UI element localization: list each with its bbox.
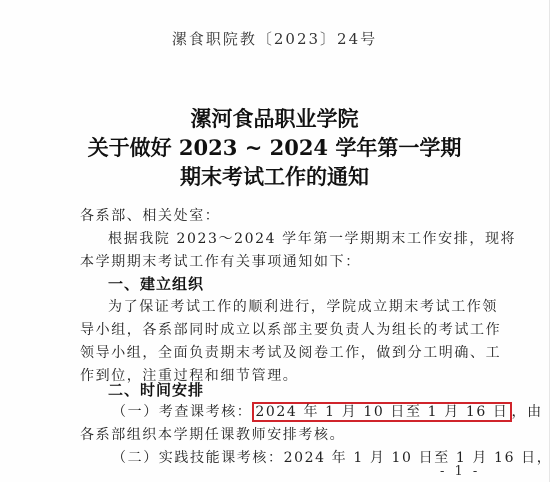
section-1-line-2: 导小组，各系部同时成立以系部主要负责人为组长的考试工作 — [80, 319, 501, 339]
document-title: 漯河食品职业学院 关于做好 2023 ~ 2024 学年第一学期 期末考试工作的… — [0, 104, 549, 191]
salutation: 各系部、相关处室： — [80, 205, 220, 225]
page-number: - 1 - — [440, 464, 480, 479]
intro-line-1: 根据我院 2023～2024 学年第一学期期末工作安排，现将 — [108, 228, 516, 248]
section-2-heading: 二、时间安排 — [108, 379, 204, 400]
item-1-suffix: ，由 — [512, 404, 543, 420]
document-number: 漯食职院教〔2023〕24号 — [0, 28, 549, 49]
item-1-prefix: （一）考查课考核： — [112, 404, 252, 420]
section-1-line-3: 领导小组，全面负责期末考试及阅卷工作，做到分工明确、工 — [80, 342, 501, 362]
document-page: 漯食职院教〔2023〕24号 漯河食品职业学院 关于做好 2023 ~ 2024… — [0, 0, 550, 482]
section-2-item-2: （二）实践技能课考核：2024 年 1 月 10 日至 1 月 16 日， — [112, 447, 550, 467]
section-2-item-1: （一）考查课考核：2024 年 1 月 10 日至 1 月 16 日，由 — [112, 401, 543, 421]
section-2-item-1-line-2: 各系部组织本学期任课教师安排考核。 — [80, 424, 345, 444]
intro-line-2: 本学期期末考试工作有关事项通知如下： — [80, 251, 361, 271]
title-line-1: 漯河食品职业学院 — [0, 104, 549, 133]
section-1-line-1: 为了保证考试工作的顺利进行，学院成立期末考试工作领 — [108, 296, 498, 316]
title-line-3: 期末考试工作的通知 — [0, 162, 549, 191]
title-line-2: 关于做好 2023 ~ 2024 学年第一学期 — [0, 133, 549, 162]
highlighted-date-range: 2024 年 1 月 10 日至 1 月 16 日 — [252, 402, 511, 422]
section-1-heading: 一、建立组织 — [108, 273, 204, 294]
